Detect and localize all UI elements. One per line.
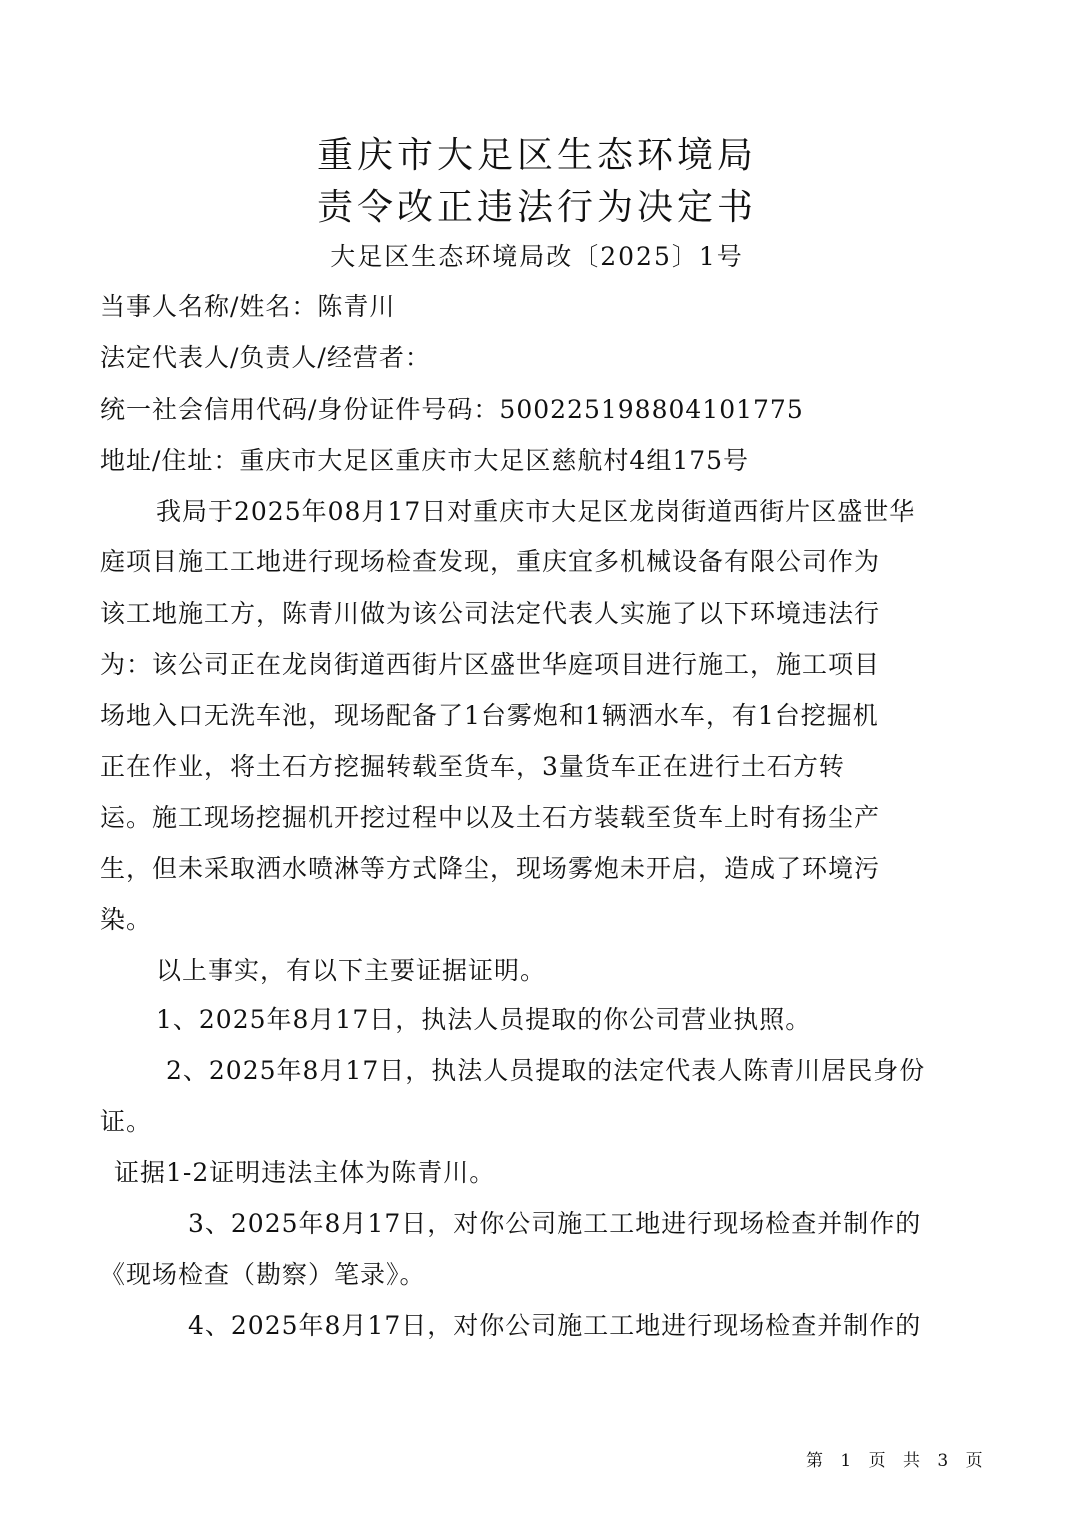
address: 地址/住址：重庆市大足区重庆市大足区慈航村4组175号	[100, 444, 749, 478]
legal-representative: 法定代表人/负责人/经营者：	[100, 341, 431, 375]
body-line: 场地入口无洗车池，现场配备了1台雾炮和1辆洒水车，有1台挖掘机	[100, 699, 879, 733]
evidence-conclusion: 证据1-2证明违法主体为陈青川。	[114, 1156, 495, 1190]
document-title: 责令改正违法行为决定书	[0, 186, 1074, 230]
page-indicator: 第 1 页 共 3 页	[806, 1446, 989, 1471]
agency-title: 重庆市大足区生态环境局	[0, 134, 1074, 178]
id-number: 统一社会信用代码/身份证件号码：500225198804101775	[100, 393, 804, 427]
evidence-item-1: 1、2025年8月17日，执法人员提取的你公司营业执照。	[156, 1003, 811, 1037]
document-number: 大足区生态环境局改〔2025〕1号	[0, 240, 1074, 274]
evidence-item-2-cont: 证。	[100, 1105, 152, 1139]
evidence-item-3-cont: 《现场检查（勘察）笔录》。	[100, 1258, 426, 1292]
evidence-item-4: 4、2025年8月17日，对你公司施工工地进行现场检查并制作的	[188, 1309, 921, 1343]
evidence-item-3: 3、2025年8月17日，对你公司施工工地进行现场检查并制作的	[188, 1207, 921, 1241]
body-line: 染。	[100, 903, 152, 937]
body-line: 庭项目施工工地进行现场检查发现，重庆宜多机械设备有限公司作为	[100, 545, 880, 579]
evidence-item-2: 2、2025年8月17日，执法人员提取的法定代表人陈青川居民身份	[166, 1054, 925, 1088]
body-line: 我局于2025年08月17日对重庆市大足区龙岗街道西街片区盛世华	[156, 495, 915, 529]
body-line: 正在作业，将土石方挖掘转载至货车，3量货车正在进行土石方转	[100, 750, 845, 784]
body-line: 该工地施工方，陈青川做为该公司法定代表人实施了以下环境违法行	[100, 597, 880, 631]
party-name: 当事人名称/姓名：陈青川	[100, 290, 395, 324]
body-line: 运。施工现场挖掘机开挖过程中以及土石方装载至货车上时有扬尘产	[100, 801, 880, 835]
body-line: 生，但未采取洒水喷淋等方式降尘，现场雾炮未开启，造成了环境污	[100, 852, 880, 886]
evidence-intro: 以上事实，有以下主要证据证明。	[156, 954, 546, 988]
body-line: 为：该公司正在龙岗街道西街片区盛世华庭项目进行施工，施工项目	[100, 648, 880, 682]
